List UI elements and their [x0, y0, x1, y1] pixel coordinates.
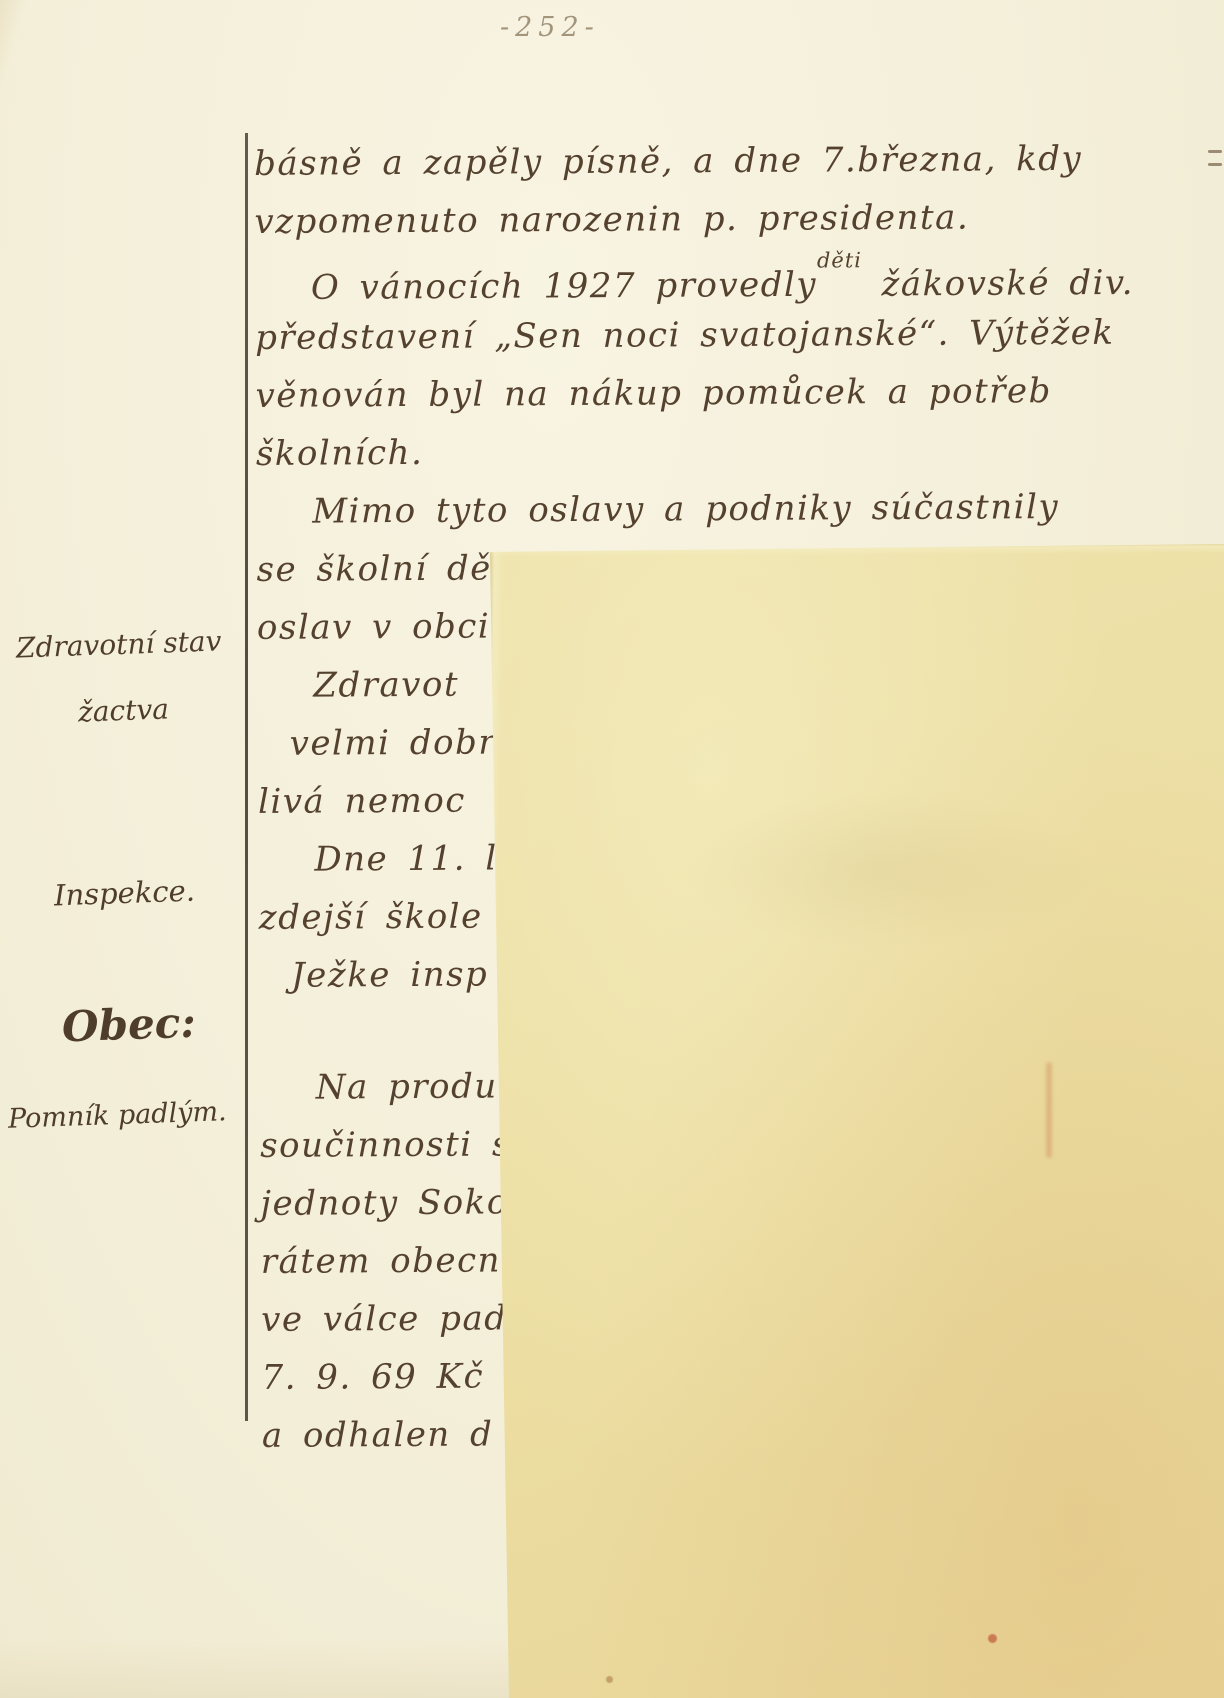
- manuscript-line: věnován byl na nákup pomůcek a potřeb: [255, 361, 1215, 425]
- manuscript-line: představení „Sen noci svatojanské“. Výtě…: [255, 303, 1215, 367]
- margin-note-inspekce: Inspekce.: [53, 874, 195, 913]
- margin-note-pomnik-padlym: Pomník padlým.: [8, 1096, 228, 1135]
- manuscript-line: básně a zapěly písně, a dne 7.března, kd…: [254, 129, 1214, 193]
- paper-ghost-stain: [678, 790, 1098, 950]
- overlapping-paper-sheet: [488, 540, 1224, 1698]
- margin-rule-line: [245, 133, 248, 1421]
- margin-note-zdravotni-stav: Zdravotní stav: [15, 624, 221, 664]
- page-number: -252-: [500, 12, 600, 43]
- manuscript-line: O vánocích 1927 provedlyděti žákovské di…: [255, 245, 1215, 309]
- paper-brown-dot: [606, 1676, 613, 1683]
- manuscript-line: školních.: [256, 419, 1216, 483]
- manuscript-line: Mimo tyto oslavy a podniky súčastnily: [256, 477, 1216, 541]
- chronicle-page-scan: -252- Zdravotní stav žactva Inspekce. Ob…: [0, 0, 1224, 1698]
- paper-red-dot: [988, 1634, 997, 1643]
- paper-red-streak: [1046, 1062, 1052, 1158]
- inserted-word: děti: [817, 248, 862, 272]
- manuscript-line: vzpomenuto narozenin p. presidenta.: [254, 187, 1214, 251]
- margin-note-zactva: žactva: [77, 692, 169, 728]
- margin-note-obec: Obec:: [61, 998, 196, 1052]
